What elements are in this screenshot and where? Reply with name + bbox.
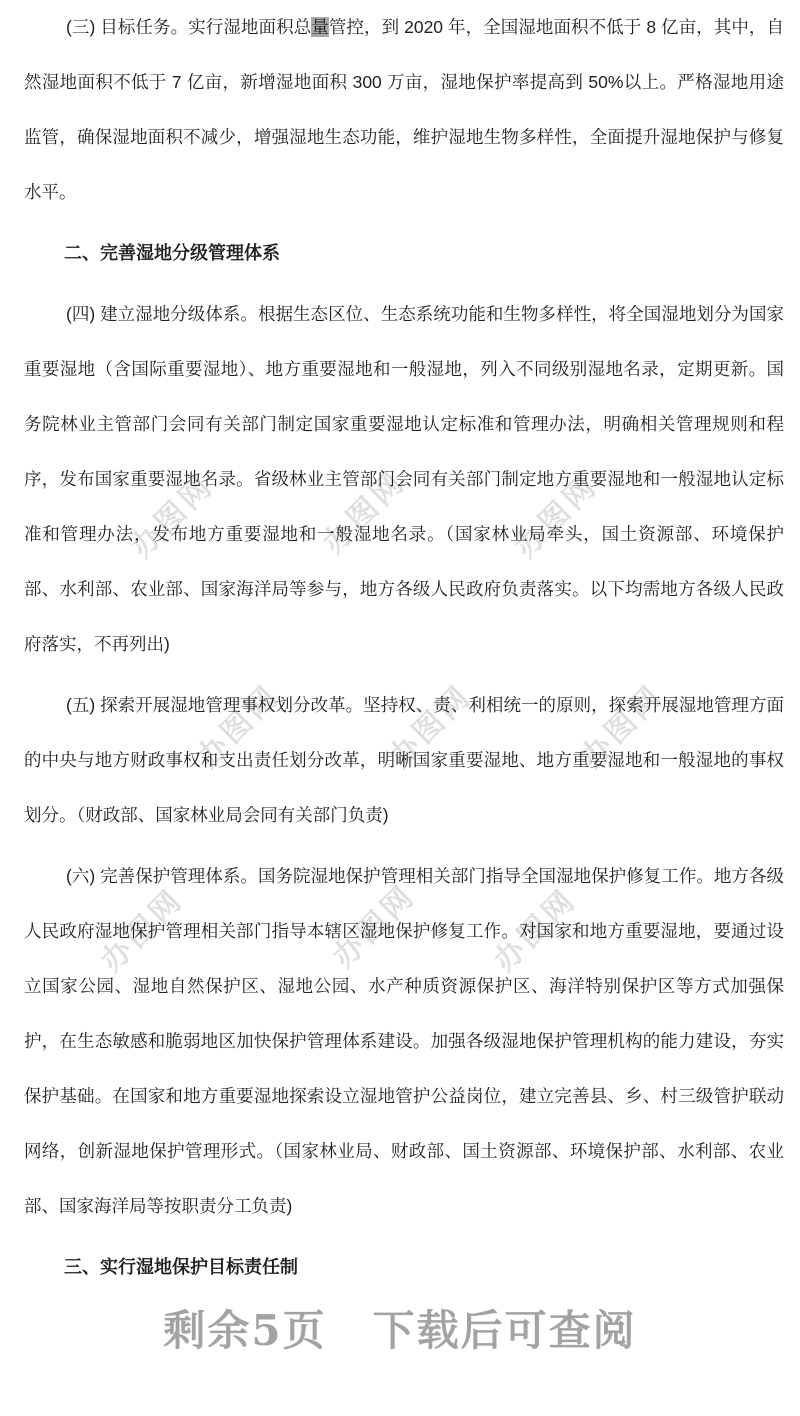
paragraph-protection-management: (六) 完善保护管理体系。国务院湿地保护管理相关部门指导全国湿地保护修复工作。地…	[24, 849, 784, 1234]
paragraph-text-post: 管控，到 2020 年，全国湿地面积不低于 8 亿亩，其中，自然湿地面积不低于 …	[24, 17, 784, 202]
highlighted-char: 量	[311, 17, 329, 37]
section-heading-3: 三、实行湿地保护目标责任制	[24, 1240, 784, 1295]
paragraph-authority-reform: (五) 探索开展湿地管理事权划分改革。坚持权、责、利相统一的原则，探索开展湿地管…	[24, 678, 784, 843]
remaining-pages-notice: 剩余5页下载后可查阅	[0, 1303, 800, 1359]
remaining-pages-label: 剩余5页	[163, 1306, 326, 1355]
paragraph-wetland-classification: (四) 建立湿地分级体系。根据生态区位、生态系统功能和生物多样性，将全国湿地划分…	[24, 287, 784, 672]
paragraph-target-tasks: (三) 目标任务。实行湿地面积总量管控，到 2020 年，全国湿地面积不低于 8…	[24, 0, 784, 220]
document-page: { "page": { "background": "#ffffff", "te…	[0, 0, 800, 1416]
download-to-view-label: 下载后可查阅	[373, 1306, 637, 1355]
document-body: (三) 目标任务。实行湿地面积总量管控，到 2020 年，全国湿地面积不低于 8…	[24, 0, 784, 1301]
section-heading-2: 二、完善湿地分级管理体系	[24, 226, 784, 281]
paragraph-text-pre: (三) 目标任务。实行湿地面积总	[66, 17, 311, 37]
